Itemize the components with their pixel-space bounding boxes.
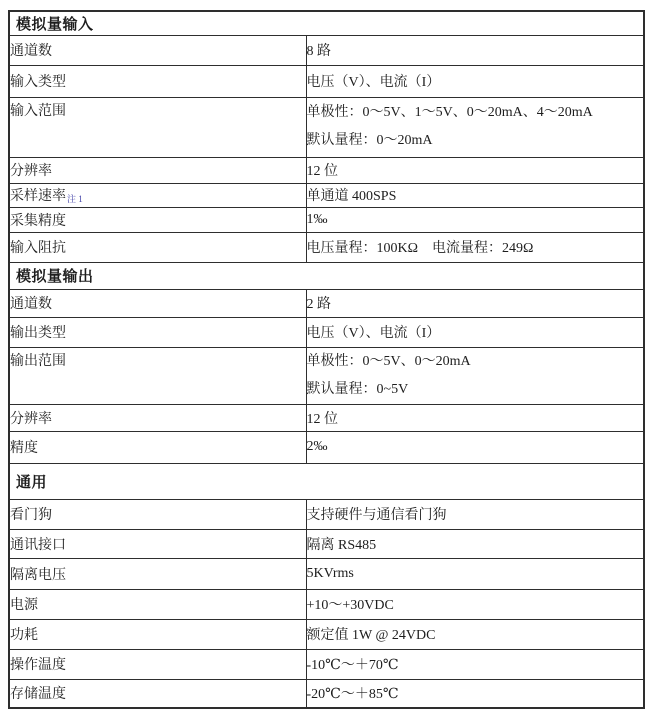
- spec-label: 输入范围: [9, 97, 306, 157]
- spec-value: 单通道 400SPS: [306, 183, 644, 207]
- spec-value: 电压（V）、电流（I）: [306, 65, 644, 97]
- spec-sheet-page: 模拟量输入 通道数 8 路 输入类型 电压（V）、电流（I） 输入范围 单极性：…: [0, 0, 652, 711]
- spec-value: 单极性：0～5V、1～5V、0～20mA、4～20mA 默认量程：0～20mA: [306, 97, 644, 157]
- spec-value-line: 默认量程：0～20mA: [307, 127, 644, 155]
- spec-row: 精度 2‰: [9, 431, 644, 463]
- spec-value: 8 路: [306, 35, 644, 65]
- spec-label: 功耗: [9, 619, 306, 649]
- spec-value: +10～+30VDC: [306, 589, 644, 619]
- spec-row: 输出范围 单极性：0～5V、0～20mA 默认量程：0~5V: [9, 347, 644, 404]
- spec-label-text: 输出范围: [10, 348, 306, 376]
- spec-label: 隔离电压: [9, 558, 306, 589]
- spec-value: 5KVrms: [306, 558, 644, 589]
- spec-label: 存储温度: [9, 679, 306, 708]
- spec-row: 采集精度 1‰: [9, 207, 644, 232]
- spec-row: 操作温度 -10℃～＋70℃: [9, 649, 644, 679]
- spec-value: 12 位: [306, 404, 644, 431]
- spec-label: 输出类型: [9, 317, 306, 347]
- spec-label: 输入阻抗: [9, 232, 306, 262]
- spec-label: 采样速率注 1: [9, 183, 306, 207]
- spec-value: 支持硬件与通信看门狗: [306, 499, 644, 529]
- spec-value-line: 单极性：0～5V、1～5V、0～20mA、4～20mA: [307, 99, 644, 127]
- spec-value: 额定值 1W @ 24VDC: [306, 619, 644, 649]
- spec-value-line: 默认量程：0~5V: [307, 376, 644, 404]
- spec-label-text: 采样速率: [10, 189, 66, 204]
- spec-row: 通道数 2 路: [9, 289, 644, 317]
- spec-row: 通道数 8 路: [9, 35, 644, 65]
- spec-label: 电源: [9, 589, 306, 619]
- footnote-ref-link[interactable]: 注 1: [67, 194, 83, 204]
- spec-row: 看门狗 支持硬件与通信看门狗: [9, 499, 644, 529]
- spec-label: 输出范围: [9, 347, 306, 404]
- spec-label: 分辨率: [9, 404, 306, 431]
- spec-value: 1‰: [306, 207, 644, 232]
- spec-label: 通道数: [9, 289, 306, 317]
- spec-row: 输入类型 电压（V）、电流（I）: [9, 65, 644, 97]
- spec-label: 分辨率: [9, 157, 306, 183]
- spec-row: 分辨率 12 位: [9, 157, 644, 183]
- spec-row: 输出类型 电压（V）、电流（I）: [9, 317, 644, 347]
- spec-value-line: 单极性：0～5V、0～20mA: [307, 348, 644, 376]
- spec-row: 分辨率 12 位: [9, 404, 644, 431]
- spec-row: 电源 +10～+30VDC: [9, 589, 644, 619]
- spec-label: 通道数: [9, 35, 306, 65]
- spec-label: 操作温度: [9, 649, 306, 679]
- spec-value: -10℃～＋70℃: [306, 649, 644, 679]
- spec-label: 输入类型: [9, 65, 306, 97]
- spec-row: 输入阻抗 电压量程：100KΩ 电流量程：249Ω: [9, 232, 644, 262]
- spec-row: 隔离电压 5KVrms: [9, 558, 644, 589]
- spec-row: 输入范围 单极性：0～5V、1～5V、0～20mA、4～20mA 默认量程：0～…: [9, 97, 644, 157]
- spec-value: 隔离 RS485: [306, 529, 644, 558]
- section-header-row: 通用: [9, 463, 644, 499]
- spec-row: 通讯接口 隔离 RS485: [9, 529, 644, 558]
- spec-value: 2‰: [306, 431, 644, 463]
- spec-label: 采集精度: [9, 207, 306, 232]
- spec-label: 通讯接口: [9, 529, 306, 558]
- spec-value: 2 路: [306, 289, 644, 317]
- spec-value: 电压量程：100KΩ 电流量程：249Ω: [306, 232, 644, 262]
- spec-row: 采样速率注 1 单通道 400SPS: [9, 183, 644, 207]
- section-title-analog-output: 模拟量输出: [9, 262, 644, 289]
- section-title-analog-input: 模拟量输入: [9, 11, 644, 35]
- section-header-row: 模拟量输入: [9, 11, 644, 35]
- spec-label: 看门狗: [9, 499, 306, 529]
- spec-value: -20℃～＋85℃: [306, 679, 644, 708]
- spec-label: 精度: [9, 431, 306, 463]
- spec-row: 存储温度 -20℃～＋85℃: [9, 679, 644, 708]
- spec-row: 功耗 额定值 1W @ 24VDC: [9, 619, 644, 649]
- spec-value: 电压（V）、电流（I）: [306, 317, 644, 347]
- section-header-row: 模拟量输出: [9, 262, 644, 289]
- spec-table: 模拟量输入 通道数 8 路 输入类型 电压（V）、电流（I） 输入范围 单极性：…: [8, 10, 645, 709]
- spec-value: 单极性：0～5V、0～20mA 默认量程：0~5V: [306, 347, 644, 404]
- spec-value: 12 位: [306, 157, 644, 183]
- spec-label-text: 输入范围: [10, 98, 306, 126]
- section-title-general: 通用: [9, 463, 644, 499]
